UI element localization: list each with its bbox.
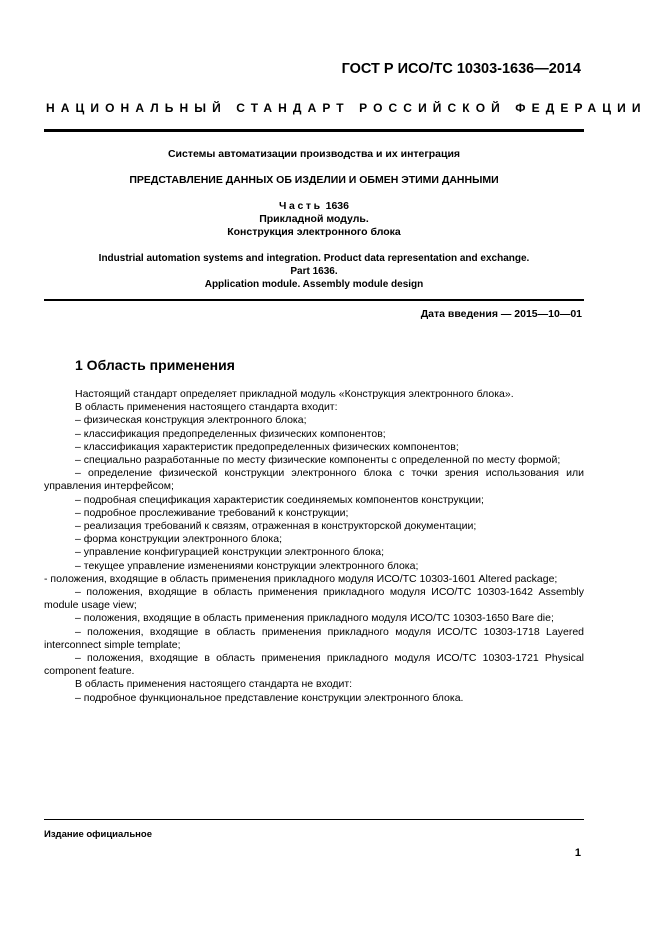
part-label: Часть	[279, 200, 323, 212]
paragraph: – управление конфигурацией конструкции э…	[44, 546, 584, 559]
standard-designation: ГОСТ Р ИСО/ТС 10303-1636—2014	[342, 61, 581, 77]
section-title: 1 Область применения	[75, 357, 235, 373]
page-number: 1	[575, 847, 581, 859]
title-rule	[44, 299, 584, 301]
paragraph: – текущее управление изменениями констру…	[44, 560, 584, 573]
subtitle-1: Прикладной модуль.	[44, 213, 584, 226]
part-number: 1636	[326, 200, 349, 212]
paragraph: – определение физической конструкции эле…	[44, 467, 584, 493]
paragraph: – физическая конструкция электронного бл…	[44, 414, 584, 427]
main-title: ПРЕДСТАВЛЕНИЕ ДАННЫХ ОБ ИЗДЕЛИИ И ОБМЕН …	[44, 174, 584, 187]
part-heading: Часть 1636	[44, 200, 584, 213]
paragraph: Настоящий стандарт определяет прикладной…	[44, 388, 584, 401]
paragraph: - положения, входящие в область применен…	[44, 573, 584, 586]
national-standard-banner: НАЦИОНАЛЬНЫЙ СТАНДАРТ РОССИЙСКОЙ ФЕДЕРАЦ…	[46, 101, 647, 115]
paragraph: – подробное функциональное представление…	[44, 692, 584, 705]
paragraph: – специально разработанные по месту физи…	[44, 454, 584, 467]
paragraph: – положения, входящие в область применен…	[44, 652, 584, 678]
paragraph: В область применения настоящего стандарт…	[44, 401, 584, 414]
paragraph: В область применения настоящего стандарт…	[44, 678, 584, 691]
paragraph: – подробное прослеживание требований к к…	[44, 507, 584, 520]
section-body: Настоящий стандарт определяет прикладной…	[44, 388, 584, 705]
footer-rule	[44, 819, 584, 820]
header-rule	[44, 129, 584, 132]
paragraph: – положения, входящие в область применен…	[44, 626, 584, 652]
subtitle-2: Конструкция электронного блока	[44, 226, 584, 239]
edition-label: Издание официальное	[44, 829, 152, 840]
effective-date: Дата введения — 2015—10—01	[421, 308, 582, 320]
paragraph: – подробная спецификация характеристик с…	[44, 494, 584, 507]
paragraph: – классификация характеристик предопреде…	[44, 441, 584, 454]
series-title: Системы автоматизации производства и их …	[44, 148, 584, 161]
paragraph: – положения, входящие в область применен…	[44, 612, 584, 625]
paragraph: – форма конструкции электронного блока;	[44, 533, 584, 546]
paragraph: – классификация предопределенных физичес…	[44, 428, 584, 441]
english-title-2: Part 1636.	[44, 265, 584, 278]
paragraph: – положения, входящие в область применен…	[44, 586, 584, 612]
english-title-1: Industrial automation systems and integr…	[44, 252, 584, 265]
paragraph: – реализация требований к связям, отраже…	[44, 520, 584, 533]
english-title-3: Application module. Assembly module desi…	[44, 278, 584, 291]
